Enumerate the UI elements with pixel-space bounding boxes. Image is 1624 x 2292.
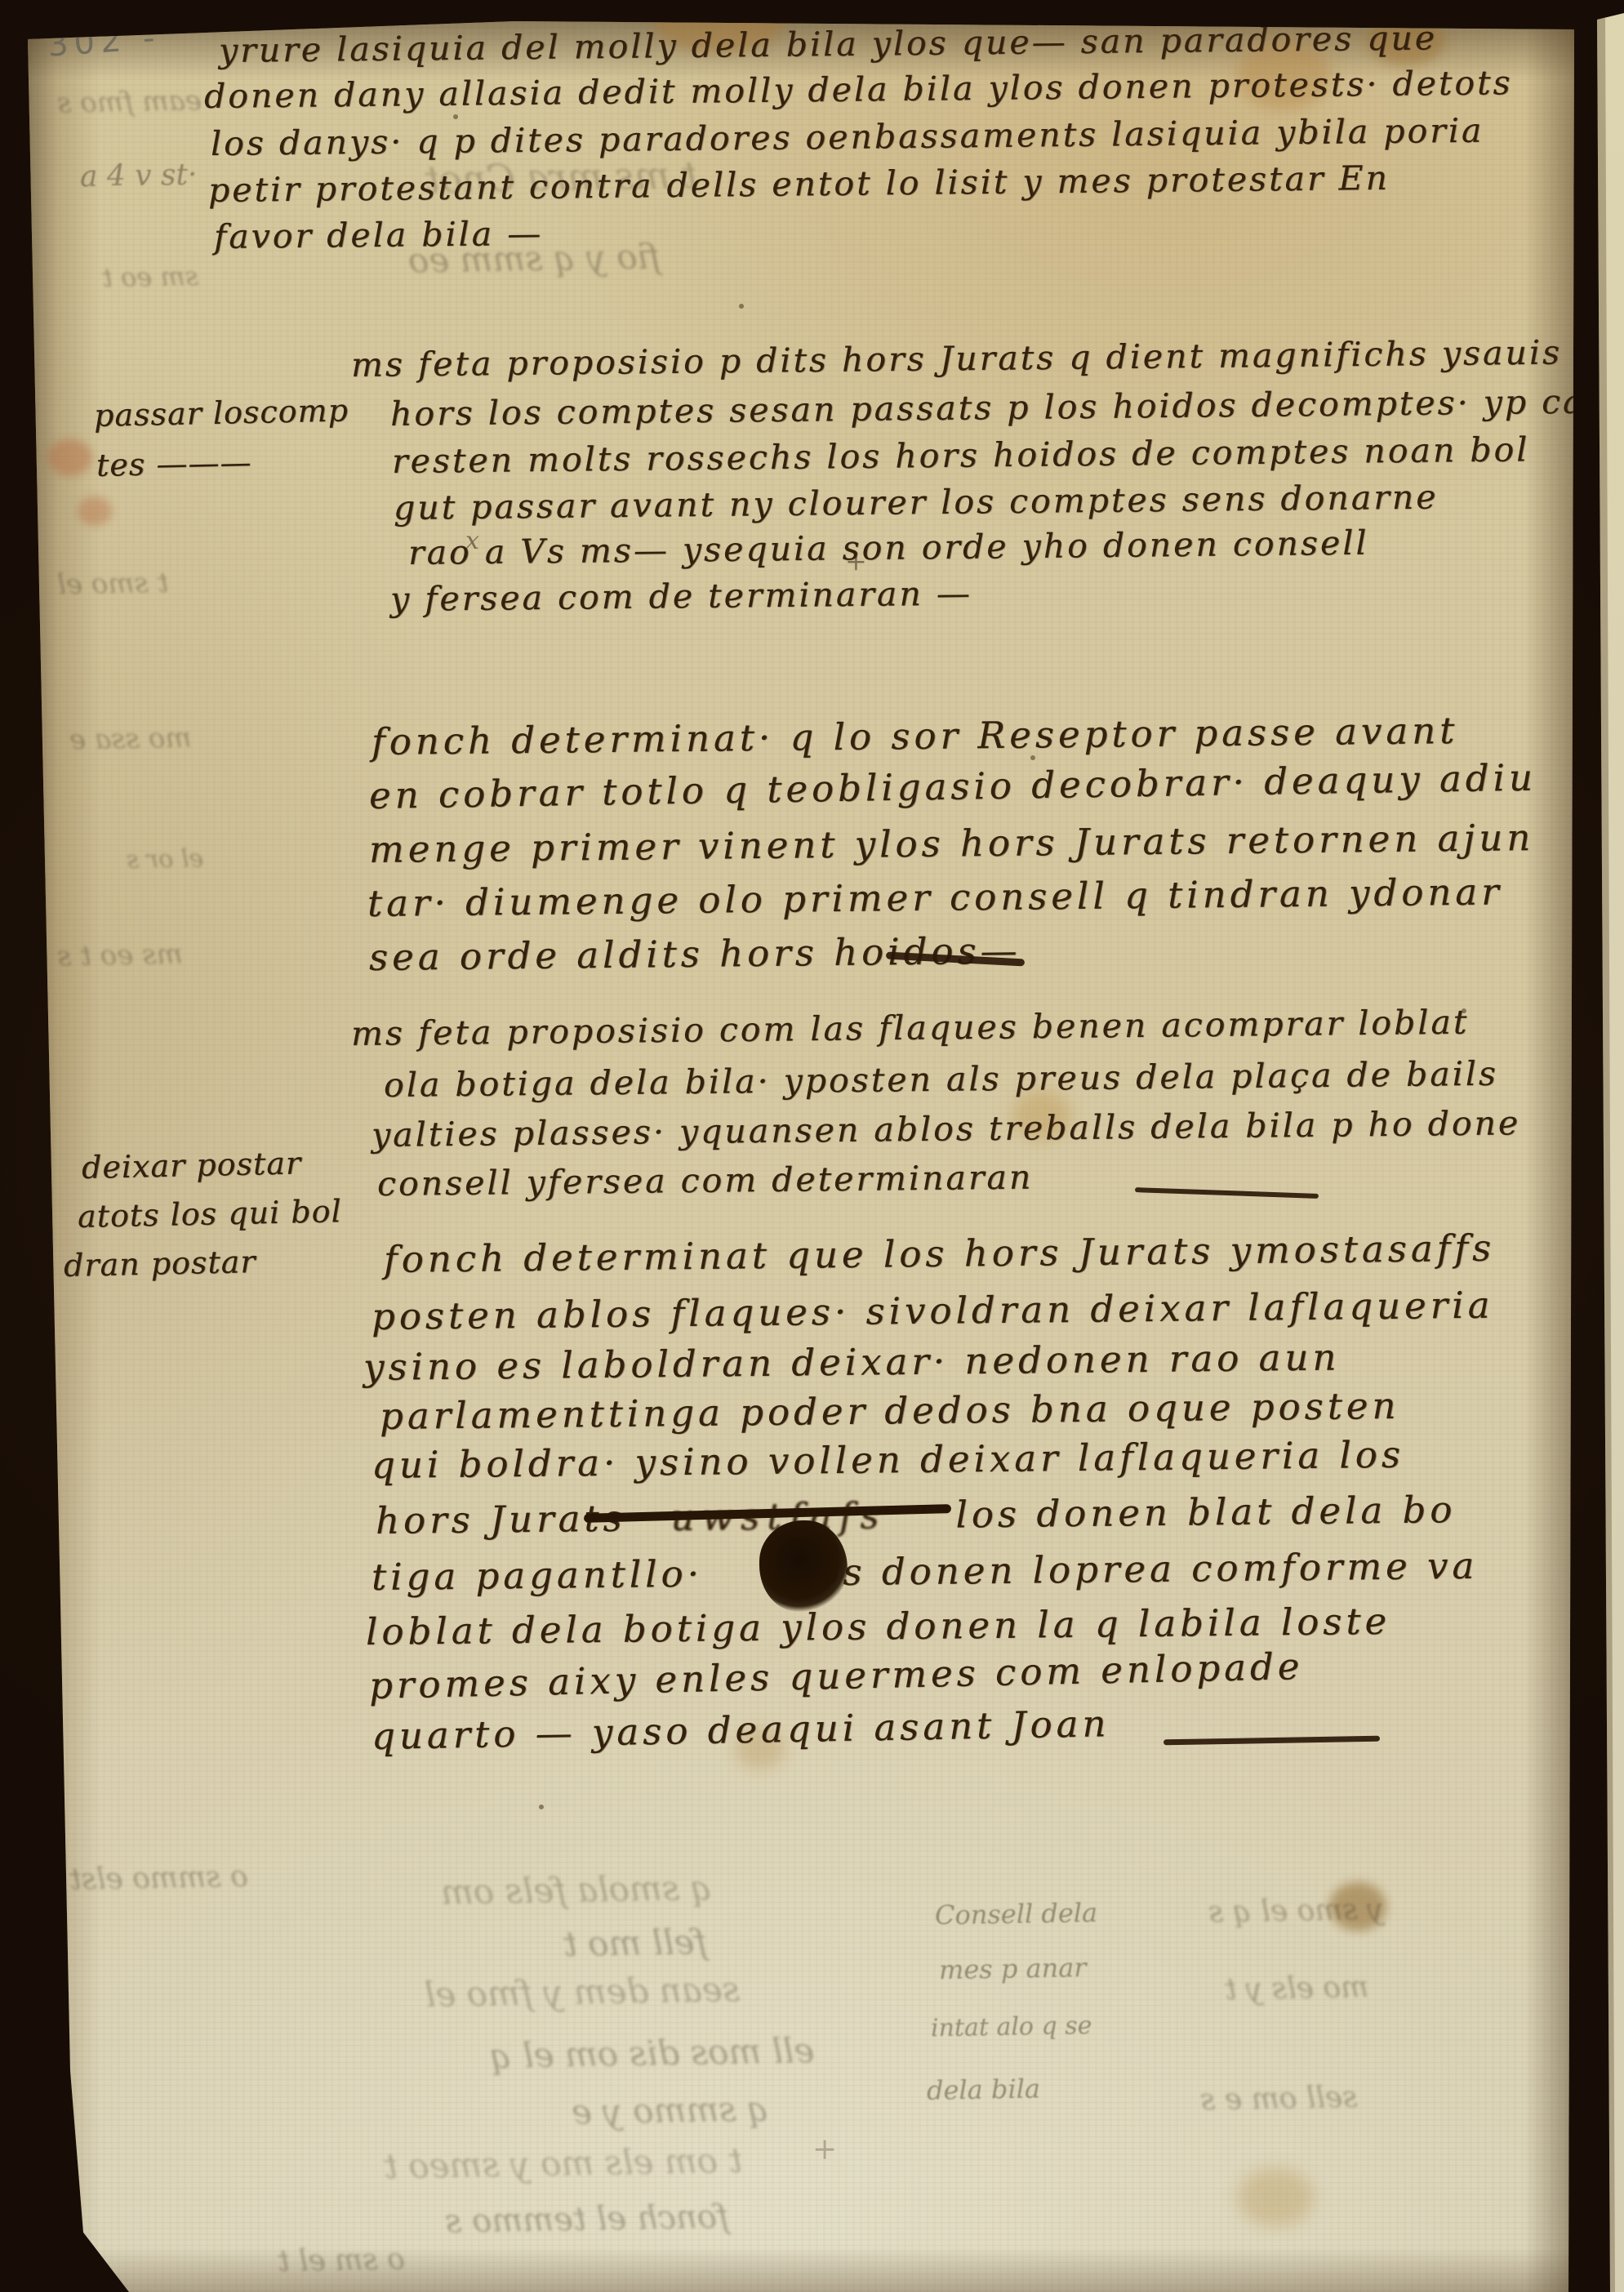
- verso-note: dela bila: [927, 2073, 1041, 2106]
- paragraph-line: menge primer vinent ylos hors Jurats ret…: [369, 816, 1535, 871]
- paragraph-line: ola botiga dela bila· yposten als preus …: [384, 1054, 1498, 1105]
- verso-note: intat alo q se: [931, 2011, 1092, 2042]
- paragraph-line: fonch determinat que los hors Jurats ymo…: [384, 1226, 1496, 1281]
- paragraph-line: donen dany allasia dedit molly dela bila…: [204, 63, 1513, 116]
- bleedthrough-text: ms eo t s: [57, 938, 184, 973]
- ink-mark: +: [812, 2133, 837, 2166]
- paragraph-line: promes aixy enles quermes com enlopade: [368, 1644, 1303, 1707]
- strike-suffix: los donen blat dela bo: [955, 1488, 1456, 1536]
- ink-speck: [539, 1805, 544, 1809]
- folio-number: 302 -: [47, 19, 162, 65]
- bleedthrough-text: sell om e s: [1200, 2081, 1358, 2116]
- paragraph-line: rao a Vs ms— ysequia son orde yho donen …: [408, 523, 1369, 572]
- bleedthrough-text: ell mos dis om el q: [490, 2031, 815, 2076]
- bleedthrough-text: el or s: [127, 844, 204, 875]
- paragraph-line: posten ablos flaques· sivoldran deixar l…: [372, 1284, 1494, 1338]
- paragraph-line: yrure lasiquia del molly dela bila ylos …: [219, 18, 1438, 70]
- stain: [47, 439, 92, 476]
- bleedthrough-text: fell mo t: [563, 1921, 708, 1964]
- line-before-blot: tiga pagantllo·: [372, 1552, 703, 1599]
- page-edge-bottom: [0, 2247, 1624, 2292]
- margin-note-passar-comptes-line: passar loscomp: [94, 392, 349, 434]
- paragraph-line: fonch determinat· q lo sor Reseptor pass…: [372, 709, 1459, 763]
- bleedthrough-text: sean dem y fmo el: [425, 1969, 741, 2015]
- stain: [78, 496, 112, 526]
- stain: [1237, 2168, 1315, 2227]
- bleedthrough-text: o smmo elst: [69, 1860, 248, 1897]
- flourish-dash: [1135, 1187, 1319, 1199]
- ink-speck: [739, 304, 744, 309]
- ink-blot: [759, 1520, 848, 1612]
- paragraph-line: ms feta proposisio com las flaques benen…: [351, 1003, 1470, 1053]
- margin-note-passar-comptes-line: tes ———: [96, 444, 252, 483]
- verso-note: mes p anar: [939, 1952, 1087, 1985]
- paragraph-line: consell yfersea com determinaran: [377, 1158, 1034, 1204]
- paragraph-line: ms feta proposisio p dits hors Jurats q …: [351, 332, 1562, 385]
- paragraph-line: yalties plasses· yquansen ablos treballs…: [372, 1103, 1521, 1155]
- paragraph-line: hors los comptes sesan passats p los hoi…: [390, 381, 1624, 434]
- bleedthrough-text: q smola fels om: [441, 1867, 713, 1912]
- paragraph-line: petir protestant contra dells entot lo l…: [208, 158, 1390, 210]
- paragraph-line: y fersea com de terminaran —: [390, 574, 972, 619]
- paragraph-line: quarto — yaso deaqui asant Joan: [372, 1702, 1110, 1758]
- bleedthrough-text: o sm el t: [278, 2243, 406, 2279]
- bleedthrough-text: fonch el temmo s: [445, 2198, 729, 2241]
- paragraph-line: parlamenttinga poder dedos bna oque post…: [380, 1384, 1400, 1438]
- bleedthrough-text: y smo el q s: [1208, 1893, 1384, 1929]
- bleedthrough-text: mo ssa e: [69, 722, 192, 757]
- bleedthrough-text: eam fmo s: [57, 84, 202, 119]
- manuscript-page: t ms mra Cnot fio y q smm eo eam fmo s a…: [0, 0, 1624, 2292]
- ink-speck: [453, 114, 458, 119]
- bleedthrough-text: t smo el: [57, 567, 169, 601]
- paragraph-line: tiga pagantllo·los donen loprea comforme…: [372, 1544, 1479, 1599]
- line-after-blot: los donen loprea comforme va: [801, 1544, 1479, 1595]
- bleedthrough-text: a 4 v st·: [80, 158, 198, 194]
- verso-note: Consell dela: [935, 1897, 1098, 1930]
- paragraph-line: resten molts rossechs los hors hoidos de…: [392, 429, 1530, 481]
- bleedthrough-text: sm eo t: [102, 260, 199, 293]
- manuscript-photo: t ms mra Cnot fio y q smm eo eam fmo s a…: [0, 0, 1624, 2292]
- paragraph-line: gut passar avant ny clourer los comptes …: [394, 478, 1439, 527]
- paragraph-line: favor dela bila —: [214, 214, 544, 256]
- flourish-dash: [1163, 1736, 1380, 1746]
- bleedthrough-text: q smmo y e: [572, 2089, 770, 2132]
- paragraph-line: en cobrar totlo q teobligasio decobrar· …: [369, 756, 1537, 817]
- bleedthrough-text: t om els mo y smeo t: [384, 2140, 743, 2187]
- bleedthrough-text: mo els y t: [1225, 1970, 1369, 2006]
- margin-note-deixar-postar-line: dran postar: [64, 1244, 256, 1284]
- paragraph-line: tar· diumenge olo primer consell q tindr…: [367, 870, 1503, 925]
- margin-note-deixar-postar-line: atots los qui bol: [78, 1193, 343, 1235]
- paragraph-line: los danys· q p dites paradores oenbassam…: [211, 111, 1484, 163]
- margin-note-deixar-postar-line: deixar postar: [82, 1145, 302, 1186]
- paragraph-line: hors Juratsuwstfafslos donen blat dela b…: [376, 1488, 1457, 1542]
- paragraph-line: ysino es laboldran deixar· nedonen rao a…: [363, 1335, 1341, 1389]
- paragraph-line: qui boldra· ysino vollen deixar laflaque…: [372, 1433, 1405, 1487]
